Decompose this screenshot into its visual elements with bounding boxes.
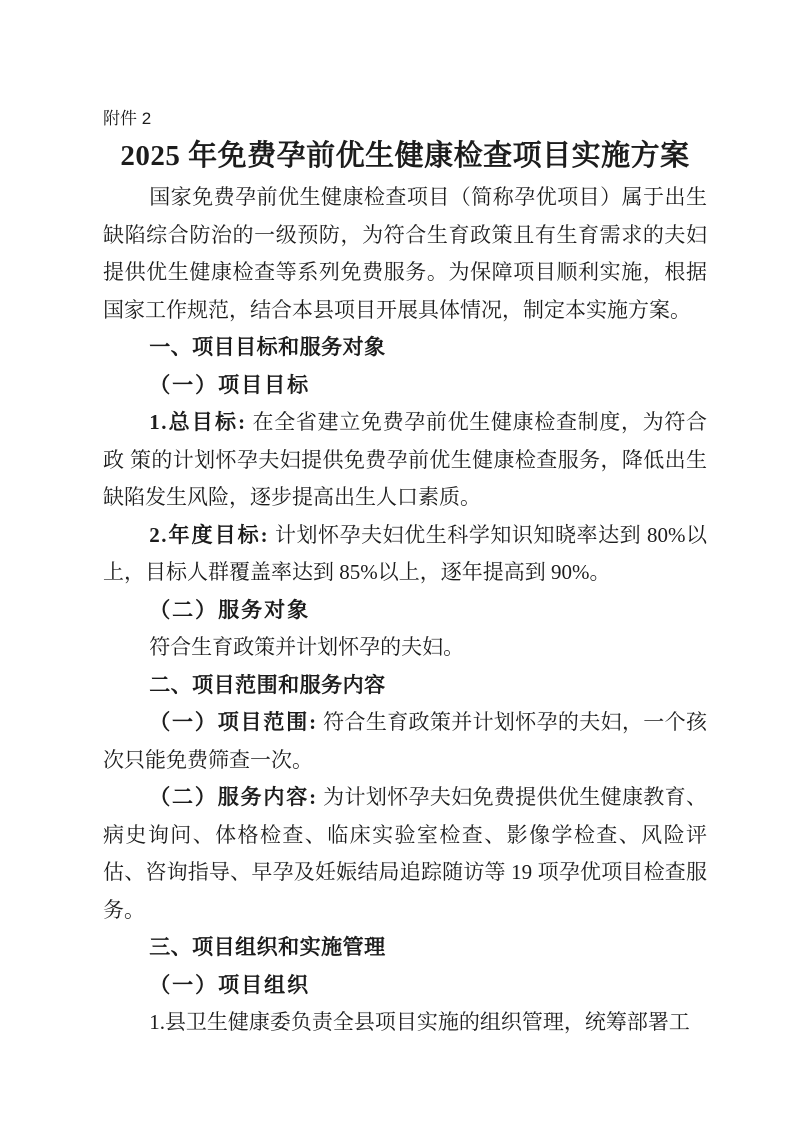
section-1-sub-2-heading: （二）服务对象 — [103, 592, 707, 630]
document-body: 国家免费孕前优生健康检查项目（简称孕优项目）属于出生缺陷综合防治的一级预防，为符… — [103, 179, 707, 1042]
service-content-paragraph: （二）服务内容: 为计划怀孕夫妇免费提供优生健康教育、病史询问、体格检查、临床实… — [103, 779, 707, 929]
section-3-sub-1-heading: （一）项目组织 — [103, 967, 707, 1005]
section-1-heading: 一、项目目标和服务对象 — [103, 329, 707, 367]
service-target-paragraph: 符合生育政策并计划怀孕的夫妇。 — [103, 629, 707, 667]
project-scope-paragraph: （一）项目范围: 符合生育政策并计划怀孕的夫妇，一个孩次只能免费筛查一次。 — [103, 704, 707, 779]
organization-paragraph: 1.县卫生健康委负责全县项目实施的组织管理，统筹部署工 — [103, 1004, 707, 1042]
document-title: 2025 年免费孕前优生健康检查项目实施方案 — [103, 138, 707, 174]
section-3-heading: 三、项目组织和实施管理 — [103, 929, 707, 967]
annual-goal-lead: 2.年度目标: — [149, 523, 269, 547]
section-1-sub-1-heading: （一）项目目标 — [103, 367, 707, 405]
project-scope-lead: （一）项目范围: — [149, 710, 317, 734]
service-content-lead: （二）服务内容: — [149, 785, 317, 809]
attachment-label: 附件 2 — [103, 108, 707, 130]
section-2-heading: 二、项目范围和服务内容 — [103, 667, 707, 705]
total-goal-paragraph: 1.总目标: 在全省建立免费孕前优生健康检查制度，为符合政 策的计划怀孕夫妇提供… — [103, 404, 707, 517]
total-goal-lead: 1.总目标: — [149, 410, 246, 434]
intro-paragraph: 国家免费孕前优生健康检查项目（简称孕优项目）属于出生缺陷综合防治的一级预防，为符… — [103, 179, 707, 329]
annual-goal-paragraph: 2.年度目标: 计划怀孕夫妇优生科学知识知晓率达到 80%以上，目标人群覆盖率达… — [103, 517, 707, 592]
document-page: 附件 2 2025 年免费孕前优生健康检查项目实施方案 国家免费孕前优生健康检查… — [0, 0, 793, 1122]
